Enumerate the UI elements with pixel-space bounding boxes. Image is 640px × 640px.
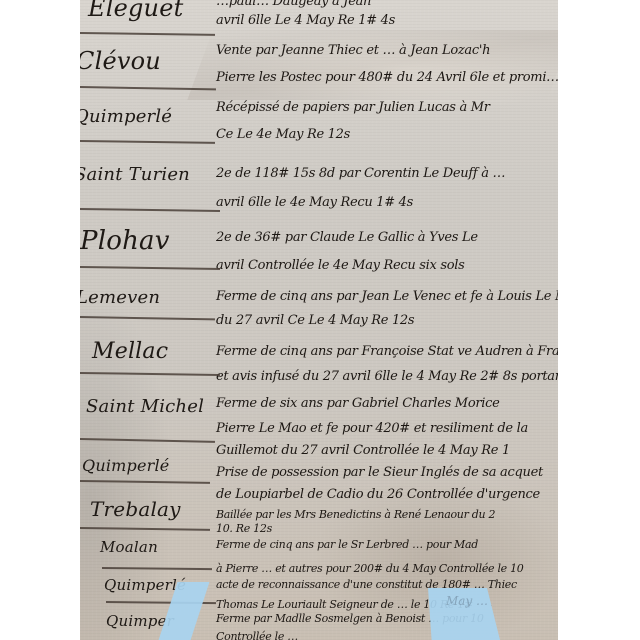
entry-line: avril 6lle le 4e May Recu 1# 4s (216, 195, 413, 210)
entry-line: avril Controllée le 4e May Recu six sols (216, 258, 465, 273)
place-name: Quimperlé (80, 106, 172, 127)
entry-line: Récépissé de papiers par Julien Lucas à … (216, 100, 490, 115)
row-divider (80, 316, 215, 320)
manuscript-page: Elegüet …paul… Daugeay à Jean avril 6lle… (80, 0, 558, 640)
row-divider (80, 480, 210, 483)
fold-shadow (187, 30, 558, 100)
entry-line: Pierre les Postec pour 480# du 24 Avril … (216, 70, 558, 85)
entry-line: …paul… Daugeay à Jean (216, 0, 371, 9)
row-divider (80, 372, 220, 375)
place-name: Mellac (92, 339, 168, 364)
place-name: Trebalay (90, 497, 181, 521)
entry-line: de Loupiarbel de Cadio du 26 Controllée … (216, 487, 540, 502)
place-name: Moalan (100, 538, 158, 556)
entry-line: Guillemot du 27 avril Controllée le 4 Ma… (216, 443, 510, 458)
entry-line: Pierre Le Mao et fe pour 420# et resilim… (216, 421, 528, 436)
entry-line: du 27 avril Ce Le 4 May Re 12s (216, 313, 414, 328)
row-divider (80, 266, 220, 269)
row-divider (102, 567, 212, 570)
place-name: Plohav (80, 226, 170, 256)
row-divider (80, 32, 215, 35)
place-name: Elegüet (88, 0, 183, 22)
row-divider (80, 438, 215, 442)
place-name: Saint Michel (86, 396, 204, 417)
row-divider (80, 140, 215, 143)
entry-line: Ferme de cinq ans par Jean Le Venec et f… (216, 289, 558, 304)
entry-line: et avis infusé du 27 avril 6lle le 4 May… (216, 369, 558, 384)
entry-line: avril 6lle Le 4 May Re 1# 4s (216, 13, 395, 28)
entry-line: Controllée le … (216, 630, 298, 640)
entry-line: à Pierre … et autres pour 200# du 4 May … (216, 562, 523, 575)
place-name: Clévou (80, 47, 161, 75)
entry-line: 2e de 118# 15s 8d par Corentin Le Deuff … (216, 166, 505, 181)
row-divider (80, 527, 210, 530)
entry-line: 2e de 36# par Claude Le Gallic à Yves Le (216, 230, 478, 245)
entry-line: Baillée par les Mrs Benedictins à René L… (216, 508, 495, 521)
row-divider (80, 208, 220, 211)
place-name: Quimperlé (82, 456, 169, 475)
entry-line: 10. Re 12s (216, 522, 272, 535)
entry-line: Ferme de cinq ans par le Sr Lerbred … po… (216, 538, 478, 551)
place-name: Lemeven (80, 287, 160, 308)
place-name: Saint Turien (80, 164, 190, 185)
entry-line: Vente par Jeanne Thiec et … à Jean Lozac… (216, 43, 490, 58)
photo-frame: Elegüet …paul… Daugeay à Jean avril 6lle… (0, 0, 640, 640)
row-divider (80, 86, 216, 90)
entry-line: Ferme de cinq ans par Françoise Stat ve … (216, 344, 558, 359)
entry-line: Ferme de six ans par Gabriel Charles Mor… (216, 396, 500, 411)
entry-line: Prise de possession par le Sieur Inglés … (216, 465, 543, 480)
entry-line: Ce Le 4e May Re 12s (216, 127, 350, 142)
